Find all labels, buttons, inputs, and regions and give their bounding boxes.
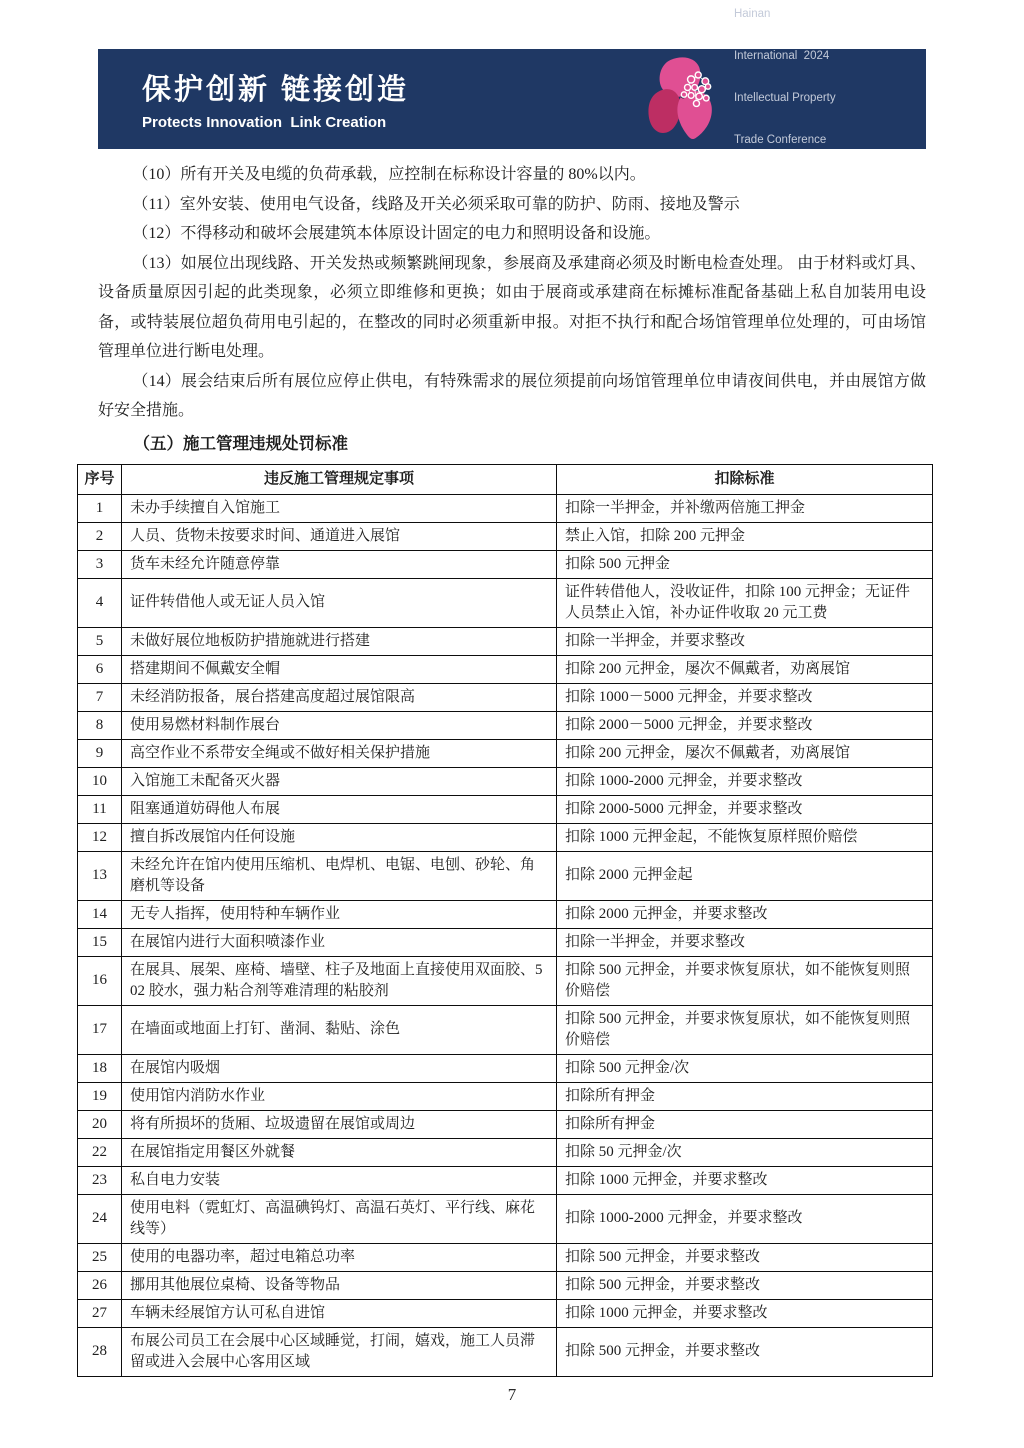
penalty-standard: 扣除一半押金，并要求整改 <box>557 627 933 655</box>
penalty-standard: 扣除一半押金，并要求整改 <box>557 928 933 956</box>
row-number: 3 <box>78 550 122 578</box>
row-number: 8 <box>78 711 122 739</box>
row-number: 26 <box>78 1271 122 1299</box>
page-content: （10）所有开关及电缆的负荷承载，应控制在标称设计容量的 80%以内。（11）室… <box>98 160 926 1405</box>
row-number: 1 <box>78 494 122 522</box>
penalty-standard: 扣除 500 元押金，并要求整改 <box>557 1327 933 1376</box>
table-row: 1未办手续擅自入馆施工扣除一半押金，并补缴两倍施工押金 <box>78 494 933 522</box>
penalty-standard: 扣除一半押金，并补缴两倍施工押金 <box>557 494 933 522</box>
table-header-row: 序号 违反施工管理规定事项 扣除标准 <box>78 464 933 494</box>
table-row: 3货车未经允许随意停靠扣除 500 元押金 <box>78 550 933 578</box>
penalty-standard: 扣除 200 元押金，屡次不佩戴者，劝离展馆 <box>557 739 933 767</box>
body-paragraphs: （10）所有开关及电缆的负荷承载，应控制在标称设计容量的 80%以内。（11）室… <box>98 160 926 426</box>
row-number: 16 <box>78 956 122 1005</box>
table-row: 8使用易燃材料制作展台扣除 2000－5000 元押金，并要求整改 <box>78 711 933 739</box>
row-number: 19 <box>78 1082 122 1110</box>
violation-item: 未经消防报备，展台搭建高度超过展馆限高 <box>122 683 557 711</box>
row-number: 18 <box>78 1054 122 1082</box>
violation-item: 未做好展位地板防护措施就进行搭建 <box>122 627 557 655</box>
document-page: 保护创新 链接创造 Protects Innovation Link Creat… <box>0 0 1024 1448</box>
violation-item: 在展具、展架、座椅、墙壁、柱子及地面上直接使用双面胶、502 胶水，强力粘合剂等… <box>122 956 557 1005</box>
col-header-penalty: 扣除标准 <box>557 464 933 494</box>
table-row: 5未做好展位地板防护措施就进行搭建扣除一半押金，并要求整改 <box>78 627 933 655</box>
conference-title-line: International 2024 <box>734 49 896 63</box>
penalty-standard: 扣除 500 元押金，并要求恢复原状，如不能恢复则照价赔偿 <box>557 1005 933 1054</box>
row-number: 28 <box>78 1327 122 1376</box>
banner-slogan-zh: 保护创新 链接创造 <box>142 67 409 108</box>
row-number: 12 <box>78 823 122 851</box>
violation-item: 使用的电器功率，超过电箱总功率 <box>122 1243 557 1271</box>
table-row: 6搭建期间不佩戴安全帽扣除 200 元押金，屡次不佩戴者，劝离展馆 <box>78 655 933 683</box>
penalty-standard: 扣除 500 元押金/次 <box>557 1054 933 1082</box>
table-row: 16在展具、展架、座椅、墙壁、柱子及地面上直接使用双面胶、502 胶水，强力粘合… <box>78 956 933 1005</box>
table-row: 22在展馆指定用餐区外就餐扣除 50 元押金/次 <box>78 1138 933 1166</box>
table-row: 12擅自拆改展馆内任何设施扣除 1000 元押金起，不能恢复原样照价赔偿 <box>78 823 933 851</box>
penalty-standard: 扣除 2000 元押金起 <box>557 851 933 900</box>
table-row: 19使用馆内消防水作业扣除所有押金 <box>78 1082 933 1110</box>
violation-item: 使用馆内消防水作业 <box>122 1082 557 1110</box>
row-number: 13 <box>78 851 122 900</box>
violation-item: 高空作业不系带安全绳或不做好相关保护措施 <box>122 739 557 767</box>
penalty-standard: 扣除 1000-2000 元押金，并要求整改 <box>557 1194 933 1243</box>
penalty-standard: 扣除 2000－5000 元押金，并要求整改 <box>557 711 933 739</box>
row-number: 24 <box>78 1194 122 1243</box>
violation-item: 使用易燃材料制作展台 <box>122 711 557 739</box>
penalty-standard: 扣除 1000－5000 元押金，并要求整改 <box>557 683 933 711</box>
violation-item: 使用电料（霓虹灯、高温碘钨灯、高温石英灯、平行线、麻花线等） <box>122 1194 557 1243</box>
table-row: 25使用的电器功率，超过电箱总功率扣除 500 元押金，并要求整改 <box>78 1243 933 1271</box>
violation-item: 布展公司员工在会展中心区域睡觉，打闹，嬉戏，施工人员滞留或进入会展中心客用区域 <box>122 1327 557 1376</box>
violation-item: 未办手续擅自入馆施工 <box>122 494 557 522</box>
violation-item: 将有所损坏的货厢、垃圾遗留在展馆或周边 <box>122 1110 557 1138</box>
row-number: 9 <box>78 739 122 767</box>
violation-item: 未经允许在馆内使用压缩机、电焊机、电锯、电刨、砂轮、角磨机等设备 <box>122 851 557 900</box>
penalty-standard: 扣除所有押金 <box>557 1082 933 1110</box>
paragraph-5: （14）展会结束后所有展位应停止供电，有特殊需求的展位须提前向场馆管理单位申请夜… <box>98 367 926 426</box>
row-number: 4 <box>78 578 122 627</box>
row-number: 2 <box>78 522 122 550</box>
table-row: 17在墙面或地面上打钉、凿洞、黏贴、涂色扣除 500 元押金，并要求恢复原状，如… <box>78 1005 933 1054</box>
conference-title-line: Trade Conference <box>734 133 896 147</box>
penalty-standard: 扣除 500 元押金，并要求恢复原状，如不能恢复则照价赔偿 <box>557 956 933 1005</box>
banner-slogan-block: 保护创新 链接创造 Protects Innovation Link Creat… <box>142 67 409 131</box>
paragraph-2: （11）室外安装、使用电气设备，线路及开关必须采取可靠的防护、防雨、接地及警示 <box>98 190 926 220</box>
row-number: 15 <box>78 928 122 956</box>
table-row: 11阻塞通道妨碍他人布展扣除 2000-5000 元押金，并要求整改 <box>78 795 933 823</box>
table-row: 20将有所损坏的货厢、垃圾遗留在展馆或周边扣除所有押金 <box>78 1110 933 1138</box>
violation-item: 入馆施工未配备灭火器 <box>122 767 557 795</box>
table-row: 18在展馆内吸烟扣除 500 元押金/次 <box>78 1054 933 1082</box>
penalty-standard: 扣除 500 元押金，并要求整改 <box>557 1243 933 1271</box>
violation-item: 在展馆指定用餐区外就餐 <box>122 1138 557 1166</box>
banner-slogan-en: Protects Innovation Link Creation <box>142 114 409 131</box>
row-number: 23 <box>78 1166 122 1194</box>
paragraph-1: （10）所有开关及电缆的负荷承载，应控制在标称设计容量的 80%以内。 <box>98 160 926 190</box>
penalty-standard: 扣除 500 元押金 <box>557 550 933 578</box>
conference-title-line: Hainan <box>734 7 896 21</box>
row-number: 22 <box>78 1138 122 1166</box>
penalty-standard: 扣除 1000-2000 元押金，并要求整改 <box>557 767 933 795</box>
col-header-violation: 违反施工管理规定事项 <box>122 464 557 494</box>
header-banner: 保护创新 链接创造 Protects Innovation Link Creat… <box>98 49 926 149</box>
penalty-standard: 扣除 50 元押金/次 <box>557 1138 933 1166</box>
penalty-standard: 扣除 1000 元押金起，不能恢复原样照价赔偿 <box>557 823 933 851</box>
table-row: 26挪用其他展位桌椅、设备等物品扣除 500 元押金，并要求整改 <box>78 1271 933 1299</box>
violation-item: 证件转借他人或无证人员入馆 <box>122 578 557 627</box>
penalty-standard: 扣除 1000 元押金，并要求整改 <box>557 1166 933 1194</box>
hainan-flower-logo-icon <box>644 53 724 145</box>
violation-item: 私自电力安装 <box>122 1166 557 1194</box>
row-number: 20 <box>78 1110 122 1138</box>
table-row: 28布展公司员工在会展中心区域睡觉，打闹，嬉戏，施工人员滞留或进入会展中心客用区… <box>78 1327 933 1376</box>
row-number: 6 <box>78 655 122 683</box>
violation-item: 人员、货物未按要求时间、通道进入展馆 <box>122 522 557 550</box>
table-row: 27车辆未经展馆方认可私自进馆扣除 1000 元押金，并要求整改 <box>78 1299 933 1327</box>
penalty-standard: 扣除 1000 元押金，并要求整改 <box>557 1299 933 1327</box>
table-row: 24使用电料（霓虹灯、高温碘钨灯、高温石英灯、平行线、麻花线等）扣除 1000-… <box>78 1194 933 1243</box>
table-row: 7未经消防报备，展台搭建高度超过展馆限高扣除 1000－5000 元押金，并要求… <box>78 683 933 711</box>
violation-item: 搭建期间不佩戴安全帽 <box>122 655 557 683</box>
row-number: 25 <box>78 1243 122 1271</box>
paragraph-3: （12）不得移动和破坏会展建筑本体原设计固定的电力和照明设备和设施。 <box>98 219 926 249</box>
violation-item: 货车未经允许随意停靠 <box>122 550 557 578</box>
row-number: 11 <box>78 795 122 823</box>
table-row: 10入馆施工未配备灭火器扣除 1000-2000 元押金，并要求整改 <box>78 767 933 795</box>
table-row: 23私自电力安装扣除 1000 元押金，并要求整改 <box>78 1166 933 1194</box>
row-number: 27 <box>78 1299 122 1327</box>
table-row: 13未经允许在馆内使用压缩机、电焊机、电锯、电刨、砂轮、角磨机等设备扣除 200… <box>78 851 933 900</box>
table-row: 14无专人指挥，使用特种车辆作业扣除 2000 元押金，并要求整改 <box>78 900 933 928</box>
conference-title-line: Intellectual Property <box>734 91 896 105</box>
penalty-standard: 扣除 2000-5000 元押金，并要求整改 <box>557 795 933 823</box>
penalty-standard: 禁止入馆，扣除 200 元押金 <box>557 522 933 550</box>
paragraph-4: （13）如展位出现线路、开关发热或频繁跳闸现象，参展商及承建商必须及时断电检查处… <box>98 249 926 367</box>
page-number: 7 <box>98 1385 926 1405</box>
violation-item: 无专人指挥，使用特种车辆作业 <box>122 900 557 928</box>
row-number: 10 <box>78 767 122 795</box>
violation-item: 阻塞通道妨碍他人布展 <box>122 795 557 823</box>
penalty-standard: 证件转借他人，没收证件，扣除 100 元押金；无证件人员禁止入馆，补办证件收取 … <box>557 578 933 627</box>
row-number: 14 <box>78 900 122 928</box>
table-row: 15在展馆内进行大面积喷漆作业扣除一半押金，并要求整改 <box>78 928 933 956</box>
row-number: 7 <box>78 683 122 711</box>
violation-item: 车辆未经展馆方认可私自进馆 <box>122 1299 557 1327</box>
table-row: 9高空作业不系带安全绳或不做好相关保护措施扣除 200 元押金，屡次不佩戴者，劝… <box>78 739 933 767</box>
penalty-standard: 扣除 200 元押金，屡次不佩戴者，劝离展馆 <box>557 655 933 683</box>
table-row: 2人员、货物未按要求时间、通道进入展馆禁止入馆，扣除 200 元押金 <box>78 522 933 550</box>
penalty-standard: 扣除所有押金 <box>557 1110 933 1138</box>
violation-item: 在展馆内进行大面积喷漆作业 <box>122 928 557 956</box>
violation-item: 挪用其他展位桌椅、设备等物品 <box>122 1271 557 1299</box>
penalty-table: 序号 违反施工管理规定事项 扣除标准 1未办手续擅自入馆施工扣除一半押金，并补缴… <box>77 464 933 1377</box>
violation-item: 在墙面或地面上打钉、凿洞、黏贴、涂色 <box>122 1005 557 1054</box>
section-heading: （五）施工管理违规处罚标准 <box>98 432 926 455</box>
violation-item: 在展馆内吸烟 <box>122 1054 557 1082</box>
penalty-standard: 扣除 2000 元押金，并要求整改 <box>557 900 933 928</box>
col-header-number: 序号 <box>78 464 122 494</box>
table-row: 4证件转借他人或无证人员入馆证件转借他人，没收证件，扣除 100 元押金；无证件… <box>78 578 933 627</box>
penalty-standard: 扣除 500 元押金，并要求整改 <box>557 1271 933 1299</box>
row-number: 17 <box>78 1005 122 1054</box>
violation-item: 擅自拆改展馆内任何设施 <box>122 823 557 851</box>
row-number: 5 <box>78 627 122 655</box>
